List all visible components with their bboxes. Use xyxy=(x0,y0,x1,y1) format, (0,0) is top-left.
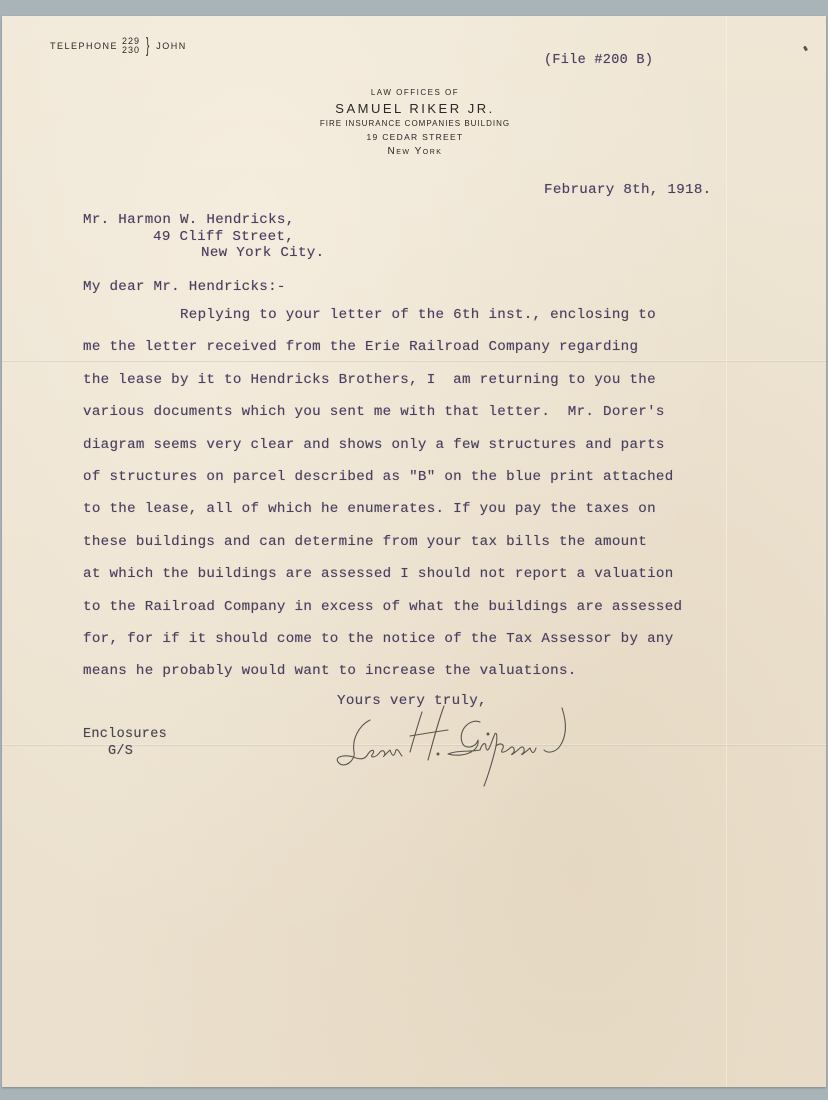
body-line: me the letter received from the Erie Rai… xyxy=(83,338,682,370)
body-line: at which the buildings are assessed I sh… xyxy=(83,565,682,597)
recipient-street: 49 Cliff Street, xyxy=(153,229,294,245)
body-line: these buildings and can determine from y… xyxy=(83,533,682,565)
city-name: New York xyxy=(290,146,540,157)
salutation: My dear Mr. Hendricks:- xyxy=(83,279,286,295)
letter-date: February 8th, 1918. xyxy=(544,182,711,198)
telephone-label: TELEPHONE xyxy=(50,41,118,51)
street-address: 19 CEDAR STREET xyxy=(290,132,540,142)
recipient-name: Mr. Harmon W. Hendricks, xyxy=(83,212,295,228)
letter-body: Replying to your letter of the 6th inst.… xyxy=(83,306,682,695)
body-line: to the Railroad Company in excess of wha… xyxy=(83,598,682,630)
telephone-number: 230 xyxy=(122,46,140,55)
body-line: to the lease, all of which he enumerates… xyxy=(83,500,682,532)
letterhead-block: LAW OFFICES OF SAMUEL RIKER JR. FIRE INS… xyxy=(290,88,540,157)
office-label: LAW OFFICES OF xyxy=(290,88,540,97)
body-line: of structures on parcel described as "B"… xyxy=(83,468,682,500)
body-line: Replying to your letter of the 6th inst.… xyxy=(83,306,682,338)
firm-name: SAMUEL RIKER JR. xyxy=(290,101,540,116)
handwritten-signature xyxy=(330,700,590,790)
recipient-city: New York City. xyxy=(201,245,324,261)
brace-glyph: } xyxy=(146,37,150,55)
crease-line xyxy=(726,16,727,1087)
body-line: means he probably would want to increase… xyxy=(83,662,682,694)
telephone-exchange: JOHN xyxy=(156,41,187,51)
letterhead-telephone: TELEPHONE 229 230 } JOHN xyxy=(50,37,187,55)
enclosures-label: Enclosures xyxy=(83,727,167,742)
building-name: FIRE INSURANCE COMPANIES BUILDING xyxy=(290,119,540,128)
body-line: various documents which you sent me with… xyxy=(83,403,682,435)
telephone-numbers: 229 230 xyxy=(122,37,140,55)
file-reference: (File #200 B) xyxy=(544,53,653,68)
body-line: for, for if it should come to the notice… xyxy=(83,630,682,662)
body-line: diagram seems very clear and shows only … xyxy=(83,436,682,468)
typist-initials: G/S xyxy=(108,744,133,759)
body-line: the lease by it to Hendricks Brothers, I… xyxy=(83,371,682,403)
